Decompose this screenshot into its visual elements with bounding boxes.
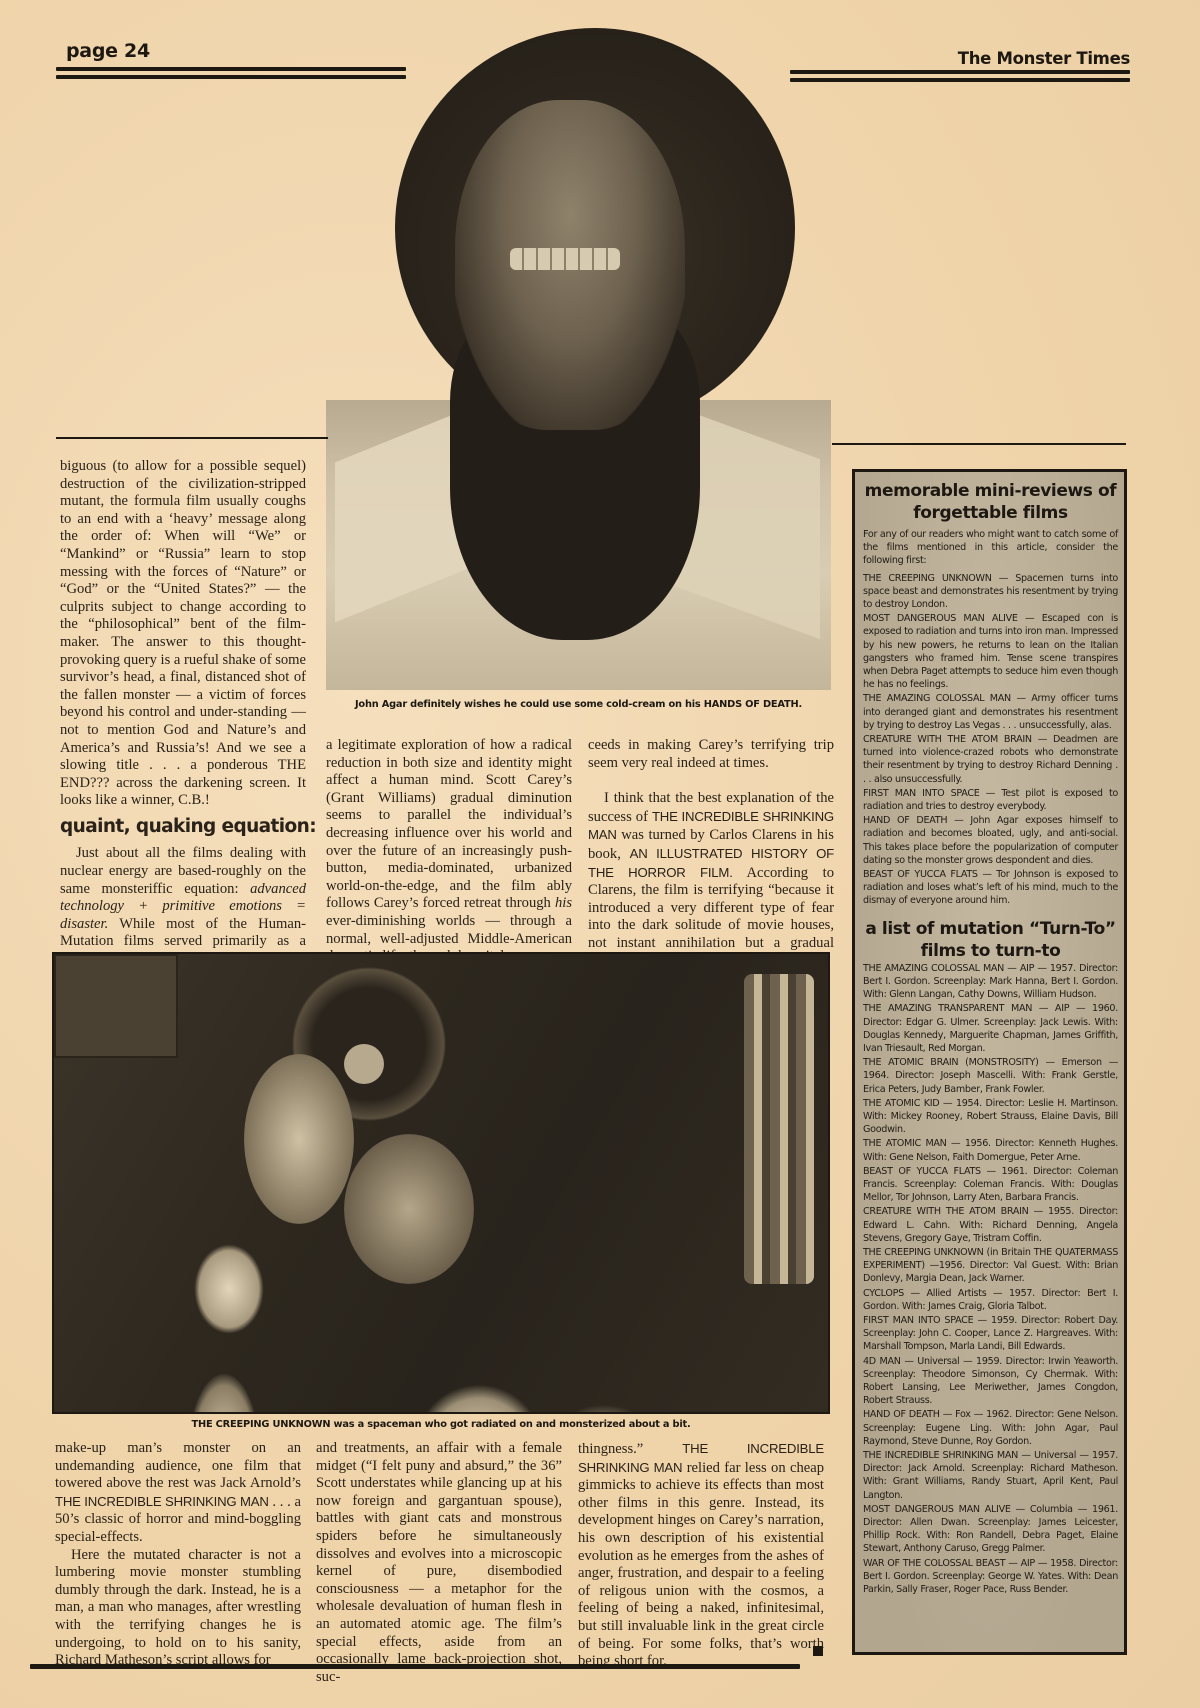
text: make-up man’s monster on an undemanding … xyxy=(55,1440,301,1491)
paragraph: biguous (to allow for a possible sequel)… xyxy=(60,458,306,810)
film-list-item: BEAST OF YUCCA FLATS — 1961. Director: C… xyxy=(863,1165,1118,1205)
mini-review-film-title: HAND OF DEATH xyxy=(863,815,947,826)
mini-review-film-title: FIRST MAN INTO SPACE xyxy=(863,788,980,799)
mini-reviews-intro: For any of our readers who might want to… xyxy=(863,528,1118,568)
sidebar-box: memorable mini-reviews of forgettable fi… xyxy=(852,469,1127,1655)
film-list: THE AMAZING COLOSSAL MAN — AIP — 1957. D… xyxy=(863,962,1118,1597)
photo-teeth xyxy=(510,248,620,270)
paragraph: Here the mutated character is not a lumb… xyxy=(55,1547,301,1670)
paragraph: make-up man’s monster on an undemanding … xyxy=(55,1440,301,1547)
paragraph: ceeds in making Carey’s terrifying trip … xyxy=(588,737,834,772)
film-list-item: FIRST MAN INTO SPACE — 1959. Director: R… xyxy=(863,1314,1118,1354)
mini-review-film-title: MOST DANGEROUS MAN ALIVE xyxy=(863,613,1018,624)
film-list-item: WAR OF THE COLOSSAL BEAST — AIP — 1958. … xyxy=(863,1557,1118,1597)
dash-separator: — xyxy=(1032,734,1053,745)
article-column-1-bottom: make-up man’s monster on an undemanding … xyxy=(55,1440,301,1670)
dash-separator: — xyxy=(978,869,997,880)
dash-separator: — xyxy=(947,815,970,826)
article-column-1-top: biguous (to allow for a possible sequel)… xyxy=(60,458,306,986)
dash-separator: — xyxy=(1018,613,1042,624)
film-list-item: THE INCREDIBLE SHRINKING MAN — Universal… xyxy=(863,1449,1118,1502)
mini-review-item: FIRST MAN INTO SPACE — Test pilot is exp… xyxy=(863,787,1118,813)
mini-review-item: THE CREEPING UNKNOWN — Spacemen turns in… xyxy=(863,572,1118,612)
page-number: page 24 xyxy=(66,40,150,62)
mini-review-item: HAND OF DEATH — John Agar exposes himsel… xyxy=(863,814,1118,867)
mini-review-film-title: BEAST OF YUCCA FLATS xyxy=(863,869,978,880)
bottom-photo xyxy=(52,952,830,1414)
article-column-2-top: a legitimate exploration of how a radica… xyxy=(326,737,572,966)
paragraph: I think that the best explanation of the… xyxy=(588,790,834,970)
film-list-item: THE AMAZING TRANSPARENT MAN — AIP — 1960… xyxy=(863,1002,1118,1055)
dash-separator: — xyxy=(992,573,1016,584)
mini-review-film-title: CREATURE WITH THE ATOM BRAIN xyxy=(863,734,1032,745)
mini-review-text: Escaped con is exposed to radiation and … xyxy=(863,613,1118,690)
film-title: THE INCREDIBLE SHRINKING MAN xyxy=(55,1494,269,1509)
mini-review-item: CREATURE WITH THE ATOM BRAIN — Deadmen a… xyxy=(863,733,1118,786)
paragraph: a legitimate exploration of how a radica… xyxy=(326,737,572,966)
film-list-item: CYCLOPS — Allied Artists — 1957. Directo… xyxy=(863,1287,1118,1313)
subhead: quaint, quaking equation: xyxy=(60,818,306,836)
film-list-item: 4D MAN — Universal — 1959. Director: Irw… xyxy=(863,1355,1118,1408)
film-list-item: THE CREEPING UNKNOWN (in Britain THE QUA… xyxy=(863,1246,1118,1286)
dash-separator: — xyxy=(1011,693,1031,704)
text: relied far less on cheap gimmicks to ach… xyxy=(578,1460,824,1670)
film-list-item: CREATURE WITH THE ATOM BRAIN — 1955. Dir… xyxy=(863,1205,1118,1245)
photo-knee xyxy=(189,1374,259,1414)
mini-review-film-title: THE AMAZING COLOSSAL MAN xyxy=(863,693,1011,704)
text: a legitimate exploration of how a radica… xyxy=(326,737,572,911)
photo-round-helmet xyxy=(534,1404,674,1414)
article-column-3-top: ceeds in making Carey’s terrifying trip … xyxy=(588,737,834,970)
photo-light-1 xyxy=(414,1384,544,1414)
publication-title: The Monster Times xyxy=(958,49,1130,68)
top-photo-caption: John Agar definitely wishes he could use… xyxy=(326,699,831,710)
photo-hand xyxy=(194,1244,264,1334)
article-column-3-bottom: thingness.” THE INCREDIBLE SHRINKING MAN… xyxy=(578,1440,824,1671)
italic-text: his xyxy=(555,895,572,911)
header-rule-left-1 xyxy=(56,67,406,71)
mini-reviews-list: THE CREEPING UNKNOWN — Spacemen turns in… xyxy=(863,572,1118,908)
header-rule-right-2 xyxy=(790,78,1130,82)
paragraph: and treatments, an affair with a female … xyxy=(316,1440,562,1686)
paragraph: thingness.” THE INCREDIBLE SHRINKING MAN… xyxy=(578,1440,824,1671)
mini-review-item: MOST DANGEROUS MAN ALIVE — Escaped con i… xyxy=(863,612,1118,691)
footer-rule xyxy=(30,1664,800,1669)
film-list-item: MOST DANGEROUS MAN ALIVE — Columbia — 19… xyxy=(863,1503,1118,1556)
mini-review-film-title: THE CREEPING UNKNOWN xyxy=(863,573,992,584)
film-list-item: HAND OF DEATH — Fox — 1962. Director: Ge… xyxy=(863,1408,1118,1448)
photo-wall-panel xyxy=(54,954,178,1058)
end-of-article-mark-icon xyxy=(813,1646,823,1656)
dash-separator: — xyxy=(980,788,1002,799)
mini-review-item: THE AMAZING COLOSSAL MAN — Army officer … xyxy=(863,692,1118,732)
photo-tubes xyxy=(744,974,814,1284)
header-rule-right-1 xyxy=(790,70,1130,74)
bottom-photo-caption: THE CREEPING UNKNOWN was a spaceman who … xyxy=(52,1419,830,1430)
article-column-2-bottom: and treatments, an affair with a female … xyxy=(316,1440,562,1686)
film-list-item: THE ATOMIC BRAIN (MONSTROSITY) — Emerson… xyxy=(863,1056,1118,1096)
film-list-title: a list of mutation “Turn-To” films to tu… xyxy=(863,918,1118,962)
header-rule-left-2 xyxy=(56,75,406,79)
film-list-item: THE AMAZING COLOSSAL MAN — AIP — 1957. D… xyxy=(863,962,1118,1002)
film-list-item: THE ATOMIC KID — 1954. Director: Leslie … xyxy=(863,1097,1118,1137)
film-list-item: THE ATOMIC MAN — 1956. Director: Kenneth… xyxy=(863,1137,1118,1163)
section-rule-right xyxy=(832,443,1126,445)
photo-shoulder xyxy=(244,1054,354,1224)
mini-reviews-title: memorable mini-reviews of forgettable fi… xyxy=(863,480,1118,524)
photo-chest xyxy=(344,1134,474,1284)
mini-review-item: BEAST OF YUCCA FLATS — Tor Johnson is ex… xyxy=(863,868,1118,908)
photo-face xyxy=(344,1044,384,1084)
section-rule-left xyxy=(56,437,328,439)
text: thingness.” xyxy=(578,1441,682,1457)
